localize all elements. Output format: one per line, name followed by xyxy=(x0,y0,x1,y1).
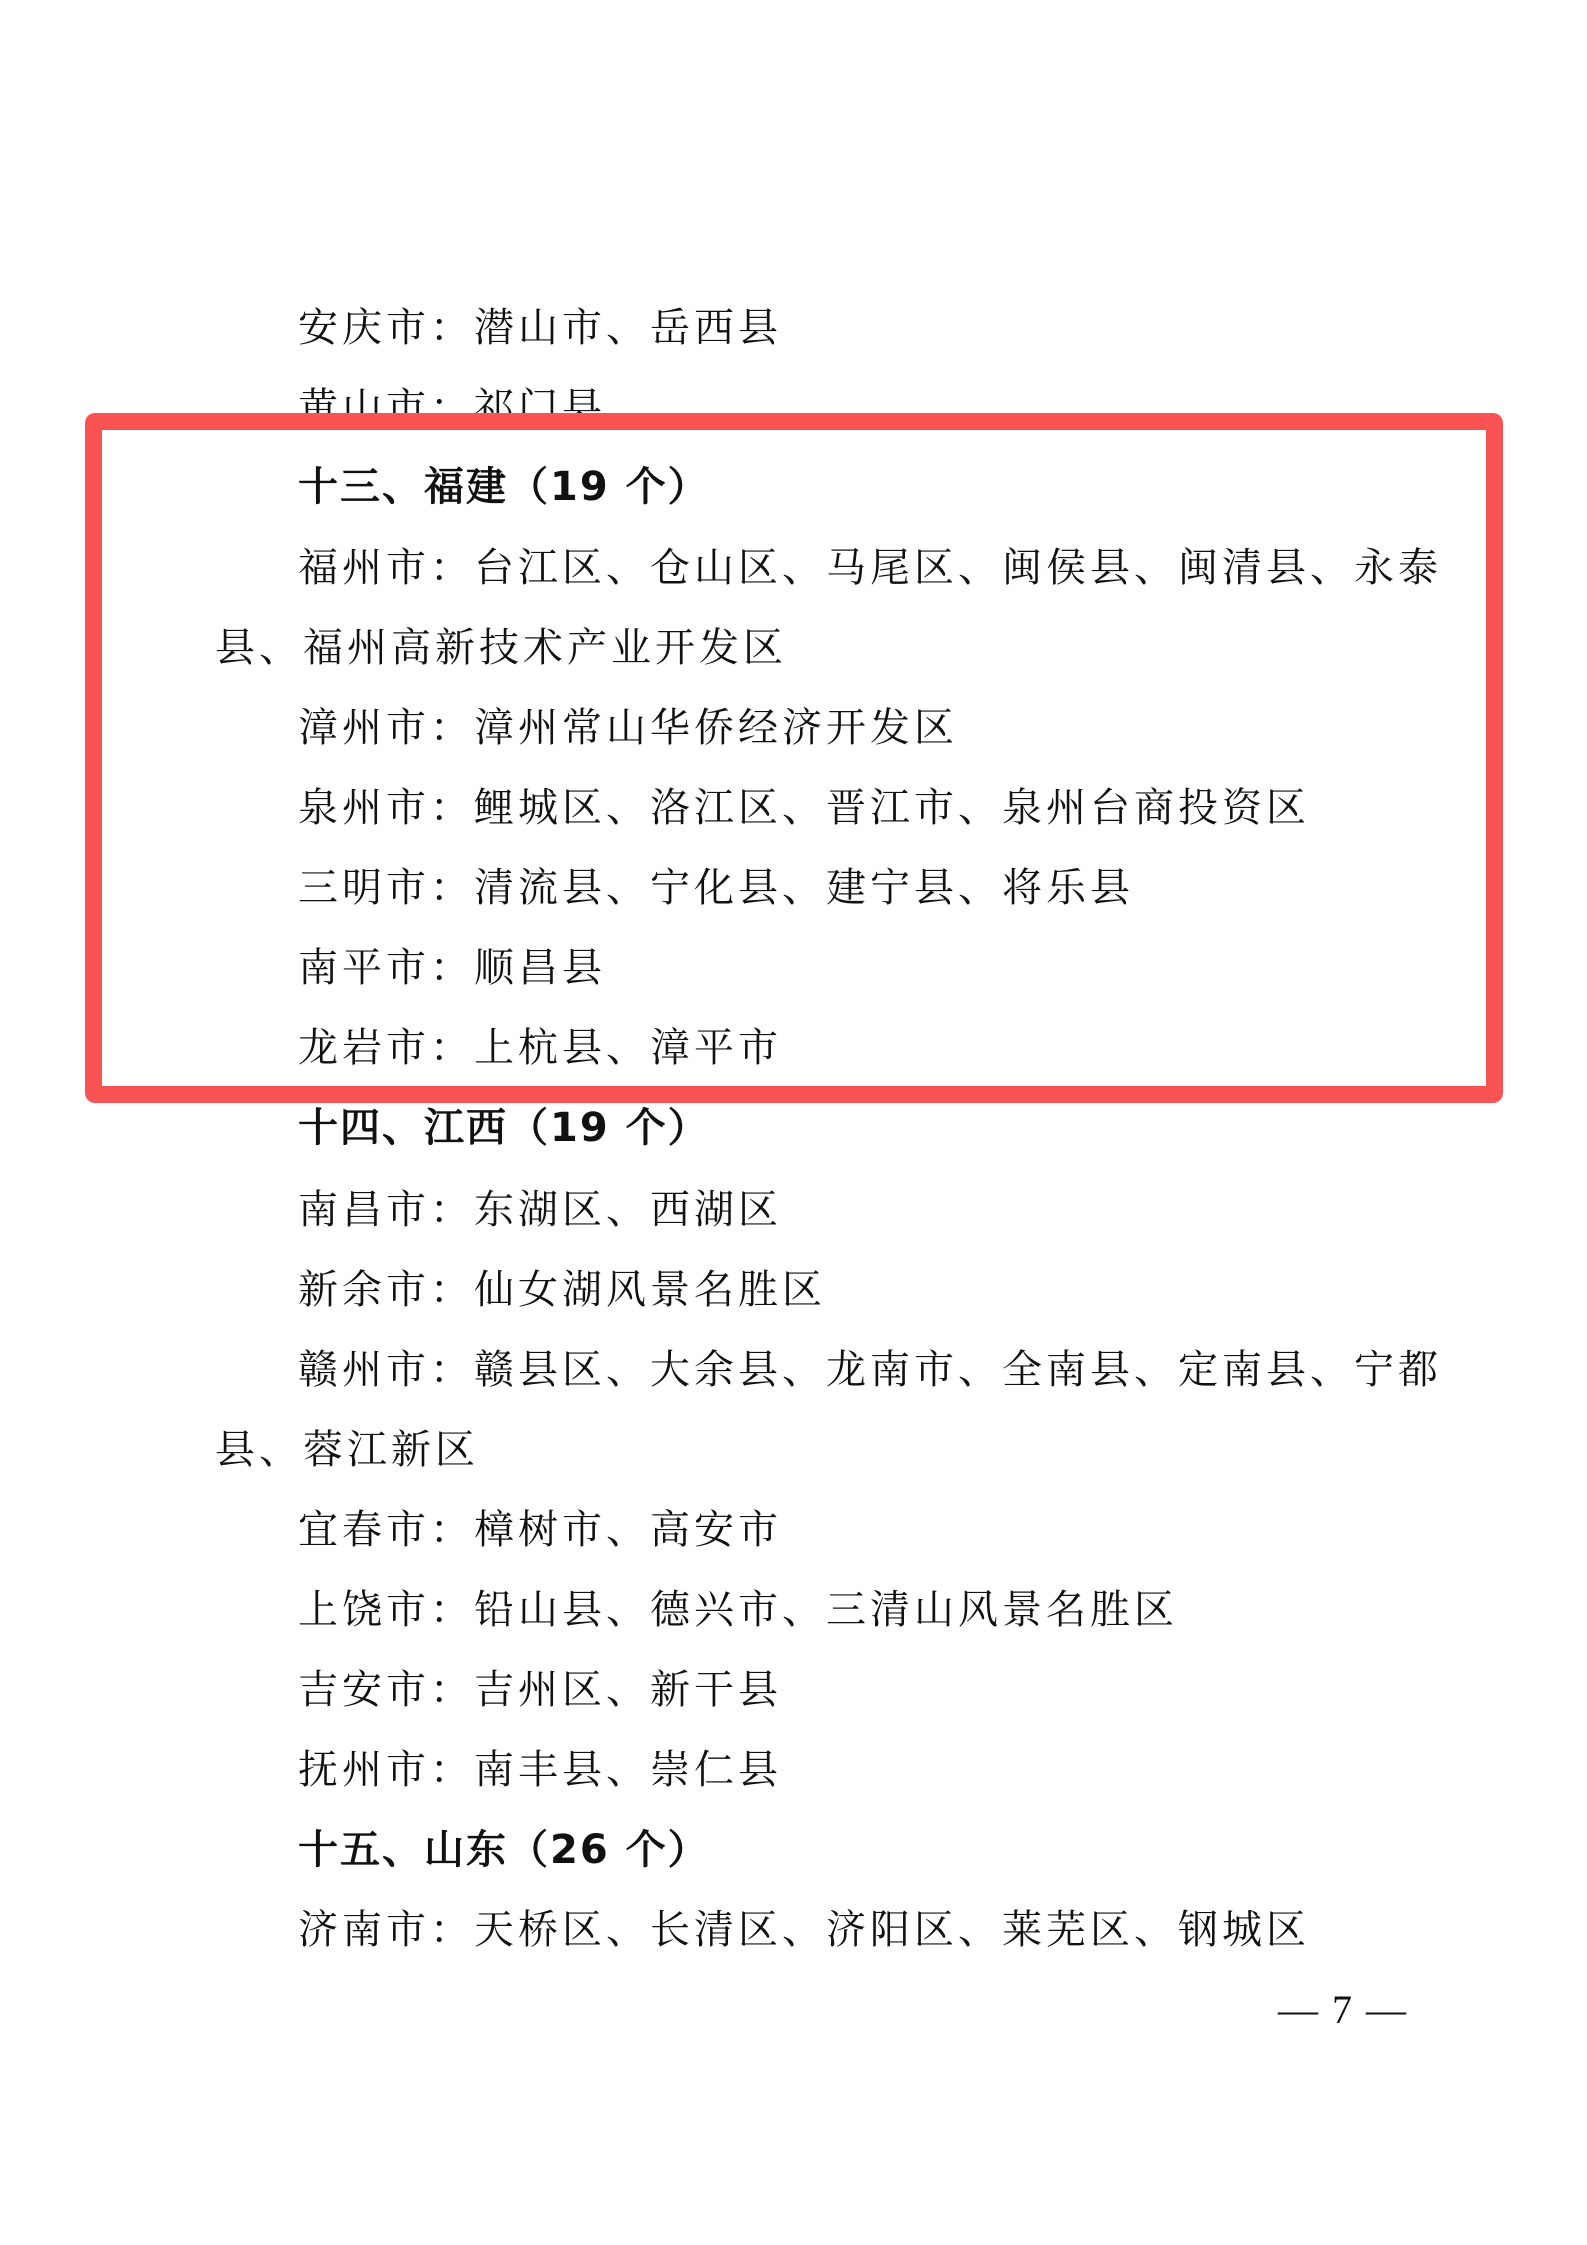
city-name: 安庆市 xyxy=(298,305,430,351)
section-heading-jiangxi: 十四、江西（19 个） xyxy=(215,1088,1395,1168)
jiangxi-line-jian: 吉安市：吉州区、新干县 xyxy=(215,1650,1395,1730)
jiangxi-line-xinyu: 新余市：仙女湖风景名胜区 xyxy=(215,1250,1395,1330)
county-list: 祁门县 xyxy=(474,385,606,414)
anhui-line-anqing: 安庆市：潜山市、岳西县 xyxy=(215,288,1395,368)
colon: ： xyxy=(430,385,474,414)
fujian-line-sanming: 三明市：清流县、宁化县、建宁县、将乐县 xyxy=(215,848,1395,928)
fujian-line-quanzhou: 泉州市：鲤城区、洛江区、晋江市、泉州台商投资区 xyxy=(215,768,1395,848)
fujian-line-longyan: 龙岩市：上杭县、漳平市 xyxy=(215,1008,1395,1088)
jiangxi-line-yichun: 宜春市：樟树市、高安市 xyxy=(215,1490,1395,1570)
anhui-line-huangshan: 黄山市：祁门县 xyxy=(215,368,1395,414)
fujian-line-fuzhou-cont: 县、福州高新技术产业开发区 xyxy=(215,608,1395,688)
jiangxi-line-fuzhou: 抚州市：南丰县、崇仁县 xyxy=(215,1730,1395,1810)
jiangxi-line-shangrao: 上饶市：铅山县、德兴市、三清山风景名胜区 xyxy=(215,1570,1395,1650)
fujian-line-fuzhou: 福州市：台江区、仓山区、马尾区、闽侯县、闽清县、永泰 xyxy=(215,528,1395,608)
city-name: 黄山市 xyxy=(298,385,430,414)
colon: ： xyxy=(430,305,474,351)
document-page: 安庆市：潜山市、岳西县 黄山市：祁门县 十三、福建（19 个） 福州市：台江区、… xyxy=(0,0,1587,2245)
fujian-line-zhangzhou: 漳州市：漳州常山华侨经济开发区 xyxy=(215,688,1395,768)
section-heading-shandong: 十五、山东（26 个） xyxy=(215,1810,1395,1890)
jiangxi-line-nanchang: 南昌市：东湖区、西湖区 xyxy=(215,1170,1395,1250)
section-heading-fujian: 十三、福建（19 个） xyxy=(215,447,1395,527)
page-number: — 7 — xyxy=(1278,1985,1408,2035)
shandong-line-jinan: 济南市：天桥区、长清区、济阳区、莱芜区、钢城区 xyxy=(215,1890,1395,1970)
county-list: 潜山市、岳西县 xyxy=(474,305,782,351)
jiangxi-line-ganzhou: 赣州市：赣县区、大余县、龙南市、全南县、定南县、宁都 xyxy=(215,1330,1395,1410)
jiangxi-line-ganzhou-cont: 县、蓉江新区 xyxy=(215,1410,1395,1490)
fujian-line-nanping: 南平市：顺昌县 xyxy=(215,928,1395,1008)
